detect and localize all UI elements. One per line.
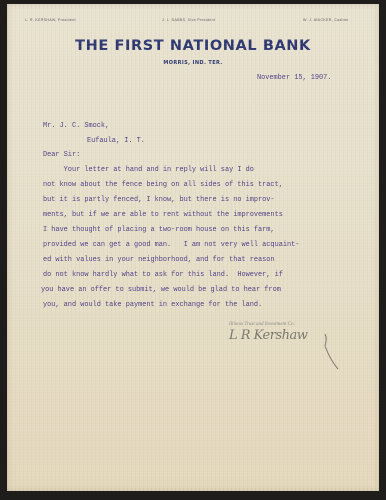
body-line: provided we can get a good man. I am not… — [43, 241, 299, 249]
recipient-location: Eufaula, I. T. — [87, 137, 145, 145]
handwritten-signature: L R Kershaw — [229, 328, 307, 343]
officer-cashier: W. J. ANICKER, Cashier — [303, 18, 349, 22]
body-line: ed with values in your neighborhood, and… — [43, 256, 275, 264]
letter-date: November 15, 1907. — [257, 74, 331, 82]
recipient-name: Mr. J. C. Smock, — [43, 122, 109, 130]
body-line: you, and would take payment in exchange … — [43, 301, 262, 309]
body-line: but it is partly fenced, I know, but the… — [43, 196, 275, 204]
salutation: Dear Sir: — [43, 151, 80, 159]
bank-location: MORRIS, IND. TER. — [7, 60, 379, 66]
body-line: Your letter at hand and in reply will sa… — [43, 166, 254, 174]
letterhead-officers: L. R. KERSHAW, President J. L. DABBS, Vi… — [7, 18, 379, 26]
officer-vice-president: J. L. DABBS, Vice President — [162, 18, 215, 22]
officer-president: L. R. KERSHAW, President — [25, 18, 76, 22]
body-line: ments, but if we are able to rent withou… — [43, 211, 283, 219]
letter-page: L. R. KERSHAW, President J. L. DABBS, Vi… — [7, 4, 379, 491]
signature-company-stamp: Illinois Trust and Investment Co. — [229, 322, 295, 327]
signature-flourish-icon — [319, 332, 341, 372]
body-line: you have an offer to submit, we would be… — [41, 286, 281, 294]
bank-name-heading: THE FIRST NATIONAL BANK — [7, 38, 379, 54]
body-line: not know about the fence being on all si… — [43, 181, 283, 189]
body-line: do not know hardly what to ask for this … — [43, 271, 283, 279]
body-line: I have thought of placing a two-room hou… — [43, 226, 275, 234]
